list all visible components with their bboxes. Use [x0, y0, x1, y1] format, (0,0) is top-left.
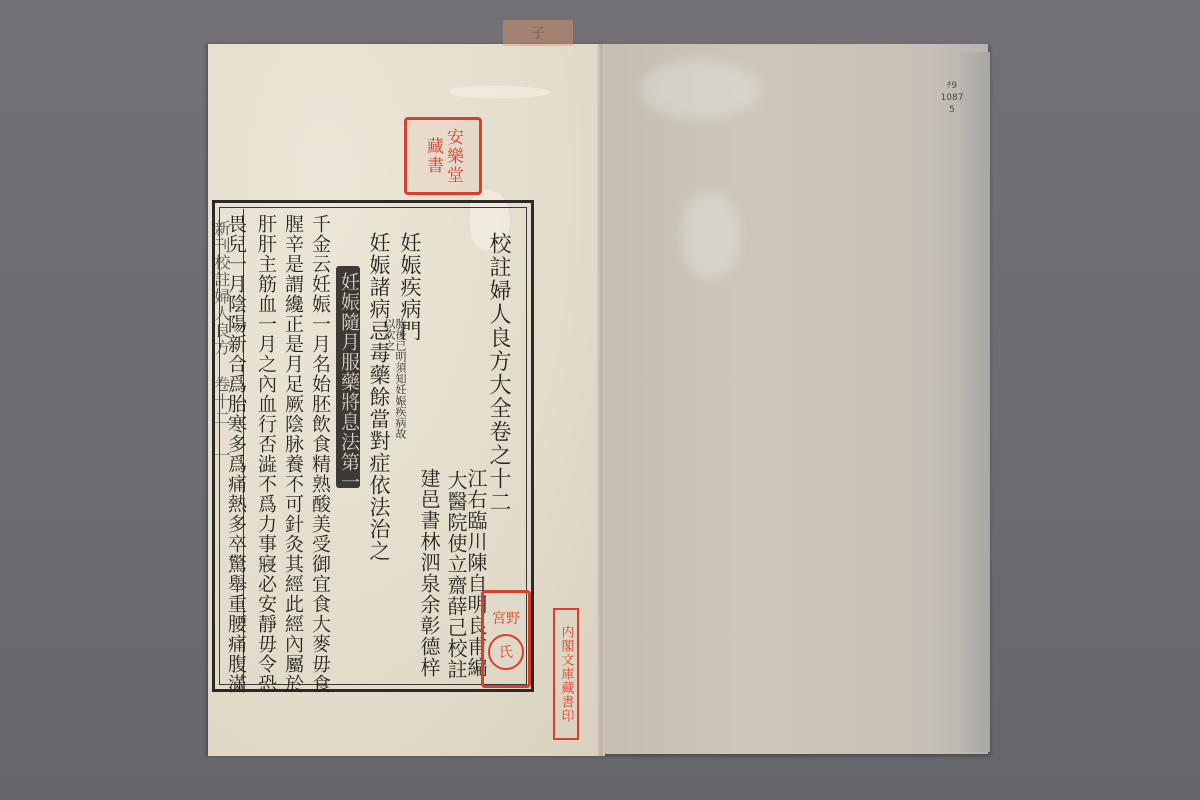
shelf-note-line-1: ﾁ9	[932, 80, 972, 92]
body-text-column-1: 千金云妊娠一月名始胚飲食精熟酸美受御宜食大麥毋食	[310, 214, 329, 694]
collector-seal: 宮野 氏	[481, 590, 531, 688]
body-text-column-3: 肝肝主筋血一月之內血行否澁不爲力事寢必安靜毋令恐	[256, 214, 275, 694]
section-banner-title: 妊娠隨月服藥將息法第一	[339, 272, 358, 492]
top-tab-label: 子	[503, 20, 573, 46]
shelf-mark-note: ﾁ9 1087 5	[932, 80, 972, 116]
collector-seal-top-text: 宮野	[492, 608, 520, 628]
square-seal-text: 安樂堂藏書	[423, 120, 463, 192]
fold-margin-text: 新刊校註婦人良方 卷十二 一	[213, 220, 229, 464]
attribution-annotator: 大醫院使立齋薛己校註	[446, 470, 466, 680]
paper-stain	[680, 190, 740, 280]
book-title-column: 校註婦人良方大全卷之十二	[487, 232, 509, 514]
paper-tear	[450, 86, 550, 98]
book-spine	[597, 44, 605, 756]
right-page-blank-cover	[600, 44, 988, 754]
paper-stain	[640, 60, 760, 120]
attribution-publisher: 建邑書林泗泉余彰德梓	[419, 468, 439, 678]
square-ownership-seal: 安樂堂藏書	[404, 117, 482, 195]
shelf-note-line-2: 1087	[932, 92, 972, 104]
collector-seal-circle: 氏	[488, 634, 524, 670]
library-seal: 内閣文庫藏書印	[553, 608, 579, 740]
shelf-note-line-3: 5	[932, 104, 972, 116]
chapter-subheading: 妊娠諸病忌毒藥餘當對症依法治之	[368, 232, 389, 562]
cover-flap-edge	[960, 52, 990, 752]
body-text-column-2: 腥辛是謂纔正是月足厥陰脉養不可針灸其經此經內屬於	[283, 214, 302, 694]
collector-seal-inner-text: 氏	[499, 642, 513, 662]
